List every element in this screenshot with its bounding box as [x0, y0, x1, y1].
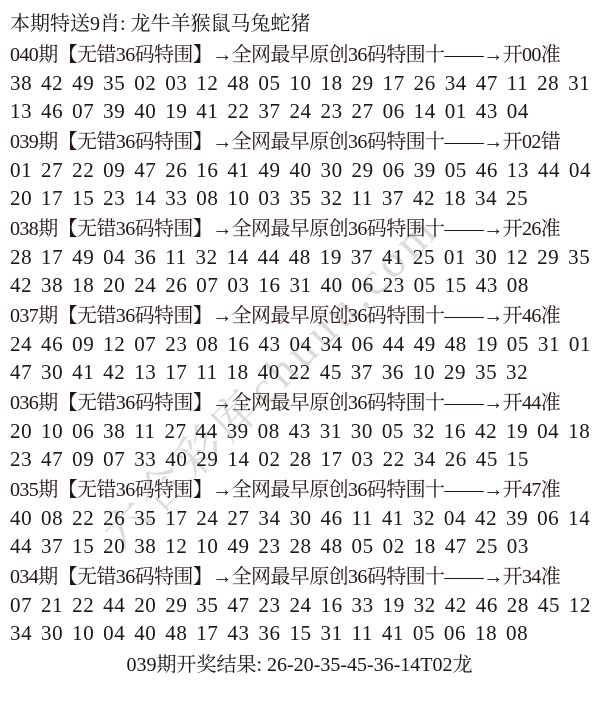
- period-header: 038期【无错36码特围】→全网最早原创36码特围十——→开26准: [10, 215, 589, 243]
- period-block-037: 037期【无错36码特围】→全网最早原创36码特围十——→开46准 24 46 …: [10, 302, 589, 386]
- special-zodiac-line: 本期特送9肖: 龙牛羊猴鼠马兔蛇猪: [10, 10, 589, 38]
- numbers-row-1: 40 08 22 26 35 17 24 27 34 30 46 11 41 3…: [10, 504, 589, 532]
- period-block-036: 036期【无错36码特围】→全网最早原创36码特围十——→开44准 20 10 …: [10, 389, 589, 473]
- numbers-row-1: 07 21 22 44 20 29 35 47 23 24 16 33 19 3…: [10, 591, 589, 619]
- period-header: 034期【无错36码特围】→全网最早原创36码特围十——→开34准: [10, 563, 589, 591]
- period-header: 036期【无错36码特围】→全网最早原创36码特围十——→开44准: [10, 389, 589, 417]
- period-block-039: 039期【无错36码特围】→全网最早原创36码特围十——→开02错 01 27 …: [10, 128, 589, 212]
- period-header: 039期【无错36码特围】→全网最早原创36码特围十——→开02错: [10, 128, 589, 156]
- period-block-038: 038期【无错36码特围】→全网最早原创36码特围十——→开26准 28 17 …: [10, 215, 589, 299]
- numbers-row-2: 47 30 41 42 13 17 11 18 40 22 45 37 36 1…: [10, 358, 589, 386]
- numbers-row-1: 38 42 49 35 02 03 12 48 05 10 18 29 17 2…: [10, 69, 589, 97]
- tips-sheet: 本期特送9肖: 龙牛羊猴鼠马兔蛇猪 040期【无错36码特围】→全网最早原创36…: [0, 0, 595, 679]
- period-header: 040期【无错36码特围】→全网最早原创36码特围十——→开00准: [10, 41, 589, 69]
- period-block-034: 034期【无错36码特围】→全网最早原创36码特围十——→开34准 07 21 …: [10, 563, 589, 647]
- period-block-040: 040期【无错36码特围】→全网最早原创36码特围十——→开00准 38 42 …: [10, 41, 589, 125]
- numbers-row-2: 23 47 09 07 33 40 29 14 02 28 17 03 22 3…: [10, 445, 589, 473]
- numbers-row-2: 44 37 15 20 38 12 10 49 23 28 48 05 02 1…: [10, 532, 589, 560]
- draw-result-line: 039期开奖结果: 26-20-35-45-36-14T02龙: [10, 651, 589, 679]
- numbers-row-2: 13 46 07 39 40 19 41 22 37 24 23 27 06 1…: [10, 97, 589, 125]
- period-header: 037期【无错36码特围】→全网最早原创36码特围十——→开46准: [10, 302, 589, 330]
- numbers-row-1: 28 17 49 04 36 11 32 14 44 48 19 37 41 2…: [10, 243, 589, 271]
- numbers-row-2: 34 30 10 04 40 48 17 43 36 15 31 11 41 0…: [10, 619, 589, 647]
- period-header: 035期【无错36码特围】→全网最早原创36码特围十——→开47准: [10, 476, 589, 504]
- numbers-row-1: 24 46 09 12 07 23 08 16 43 04 34 06 44 4…: [10, 330, 589, 358]
- period-block-035: 035期【无错36码特围】→全网最早原创36码特围十——→开47准 40 08 …: [10, 476, 589, 560]
- numbers-row-1: 20 10 06 38 11 27 44 39 08 43 31 30 05 3…: [10, 417, 589, 445]
- numbers-row-2: 20 17 15 23 14 33 08 10 03 35 32 11 37 4…: [10, 184, 589, 212]
- numbers-row-2: 42 38 18 20 24 26 07 03 16 31 40 06 23 0…: [10, 271, 589, 299]
- numbers-row-1: 01 27 22 09 47 26 16 41 49 40 30 29 06 3…: [10, 156, 589, 184]
